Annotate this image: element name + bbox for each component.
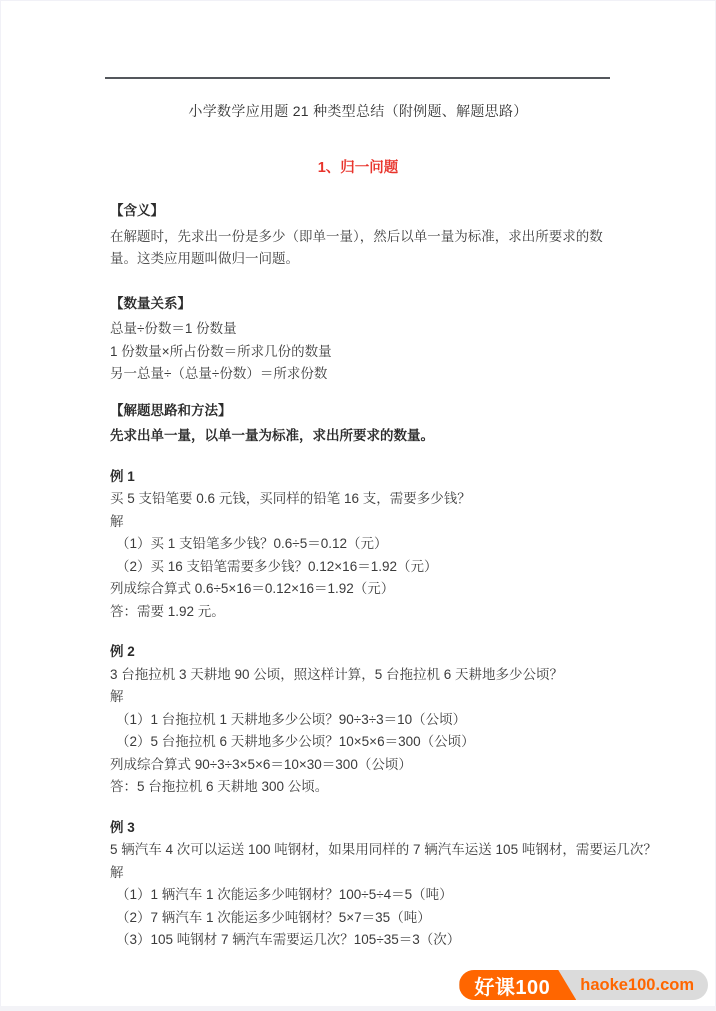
document-body: 【含义】 在解题时，先求出一份是多少（即单一量），然后以单一量为标准，求出所要求…	[0, 200, 716, 952]
example-problem: 5 辆汽车 4 次可以运送 100 吨钢材，如果用同样的 7 辆汽车运送 105…	[110, 839, 626, 862]
solve-label: 解	[110, 686, 626, 709]
formula-line: 另一总量÷（总量÷份数）＝所求份数	[110, 363, 626, 386]
formula-line: 1 份数量×所占份数＝所求几份的数量	[110, 341, 626, 364]
example-answer: 答：需要 1.92 元。	[110, 601, 626, 624]
combined-formula: 列成综合算式 0.6÷5×16＝0.12×16＝1.92（元）	[110, 578, 626, 601]
section-heading: 【解题思路和方法】	[110, 400, 626, 423]
formula-line: 总量÷份数＝1 份数量	[110, 318, 626, 341]
example-1: 例 1 买 5 支铅笔要 0.6 元钱，买同样的铅笔 16 支，需要多少钱？ 解…	[110, 466, 626, 624]
brand-name: 好课100	[459, 970, 576, 1000]
top-rule	[105, 77, 610, 79]
example-label: 例 2	[110, 641, 626, 664]
section-heading: 【含义】	[110, 200, 626, 223]
example-step: （1）1 辆汽车 1 次能运多少吨钢材？100÷5÷4＝5（吨）	[110, 884, 626, 907]
section-solving-method: 【解题思路和方法】 先求出单一量，以单一量为标准，求出所要求的数量。	[110, 400, 626, 448]
example-problem: 买 5 支铅笔要 0.6 元钱，买同样的铅笔 16 支，需要多少钱？	[110, 488, 626, 511]
example-label: 例 1	[110, 466, 626, 489]
section-heading: 【数量关系】	[110, 293, 626, 316]
document-page: 小学数学应用题 21 种类型总结（附例题、解题思路） 1、归一问题 【含义】 在…	[0, 0, 716, 1011]
example-step: （2）买 16 支铅笔需要多少钱？0.12×16＝1.92（元）	[110, 556, 626, 579]
example-step: （2）5 台拖拉机 6 天耕地多少公顷？10×5×6＝300（公顷）	[110, 731, 626, 754]
topic-heading: 1、归一问题	[0, 156, 716, 177]
example-step: （2）7 辆汽车 1 次能运多少吨钢材？5×7＝35（吨）	[110, 907, 626, 930]
section-quantity-relations: 【数量关系】 总量÷份数＝1 份数量 1 份数量×所占份数＝所求几份的数量 另一…	[110, 293, 626, 386]
example-step: （1）1 台拖拉机 1 天耕地多少公顷？90÷3÷3＝10（公顷）	[110, 709, 626, 732]
example-3: 例 3 5 辆汽车 4 次可以运送 100 吨钢材，如果用同样的 7 辆汽车运送…	[110, 817, 626, 952]
combined-formula: 列成综合算式 90÷3÷3×5×6＝10×30＝300（公顷）	[110, 754, 626, 777]
haoke100-logo-badge: 好课100 haoke100.com	[459, 970, 708, 1000]
solve-label: 解	[110, 862, 626, 885]
section-line: 在解题时，先求出一份是多少（即单一量），然后以单一量为标准，求出所要求的数量。这…	[110, 226, 616, 271]
brand-domain: haoke100.com	[576, 970, 708, 1000]
solve-label: 解	[110, 511, 626, 534]
section-line: 先求出单一量，以单一量为标准，求出所要求的数量。	[110, 425, 626, 448]
example-label: 例 3	[110, 817, 626, 840]
example-2: 例 2 3 台拖拉机 3 天耕地 90 公顷，照这样计算，5 台拖拉机 6 天耕…	[110, 641, 626, 799]
document-title: 小学数学应用题 21 种类型总结（附例题、解题思路）	[0, 101, 716, 121]
example-problem: 3 台拖拉机 3 天耕地 90 公顷，照这样计算，5 台拖拉机 6 天耕地多少公…	[110, 664, 626, 687]
section-meaning: 【含义】 在解题时，先求出一份是多少（即单一量），然后以单一量为标准，求出所要求…	[110, 200, 626, 271]
example-step: （1）买 1 支铅笔多少钱？0.6÷5＝0.12（元）	[110, 533, 626, 556]
example-answer: 答：5 台拖拉机 6 天耕地 300 公顷。	[110, 776, 626, 799]
example-step: （3）105 吨钢材 7 辆汽车需要运几次？105÷35＝3（次）	[110, 929, 626, 952]
